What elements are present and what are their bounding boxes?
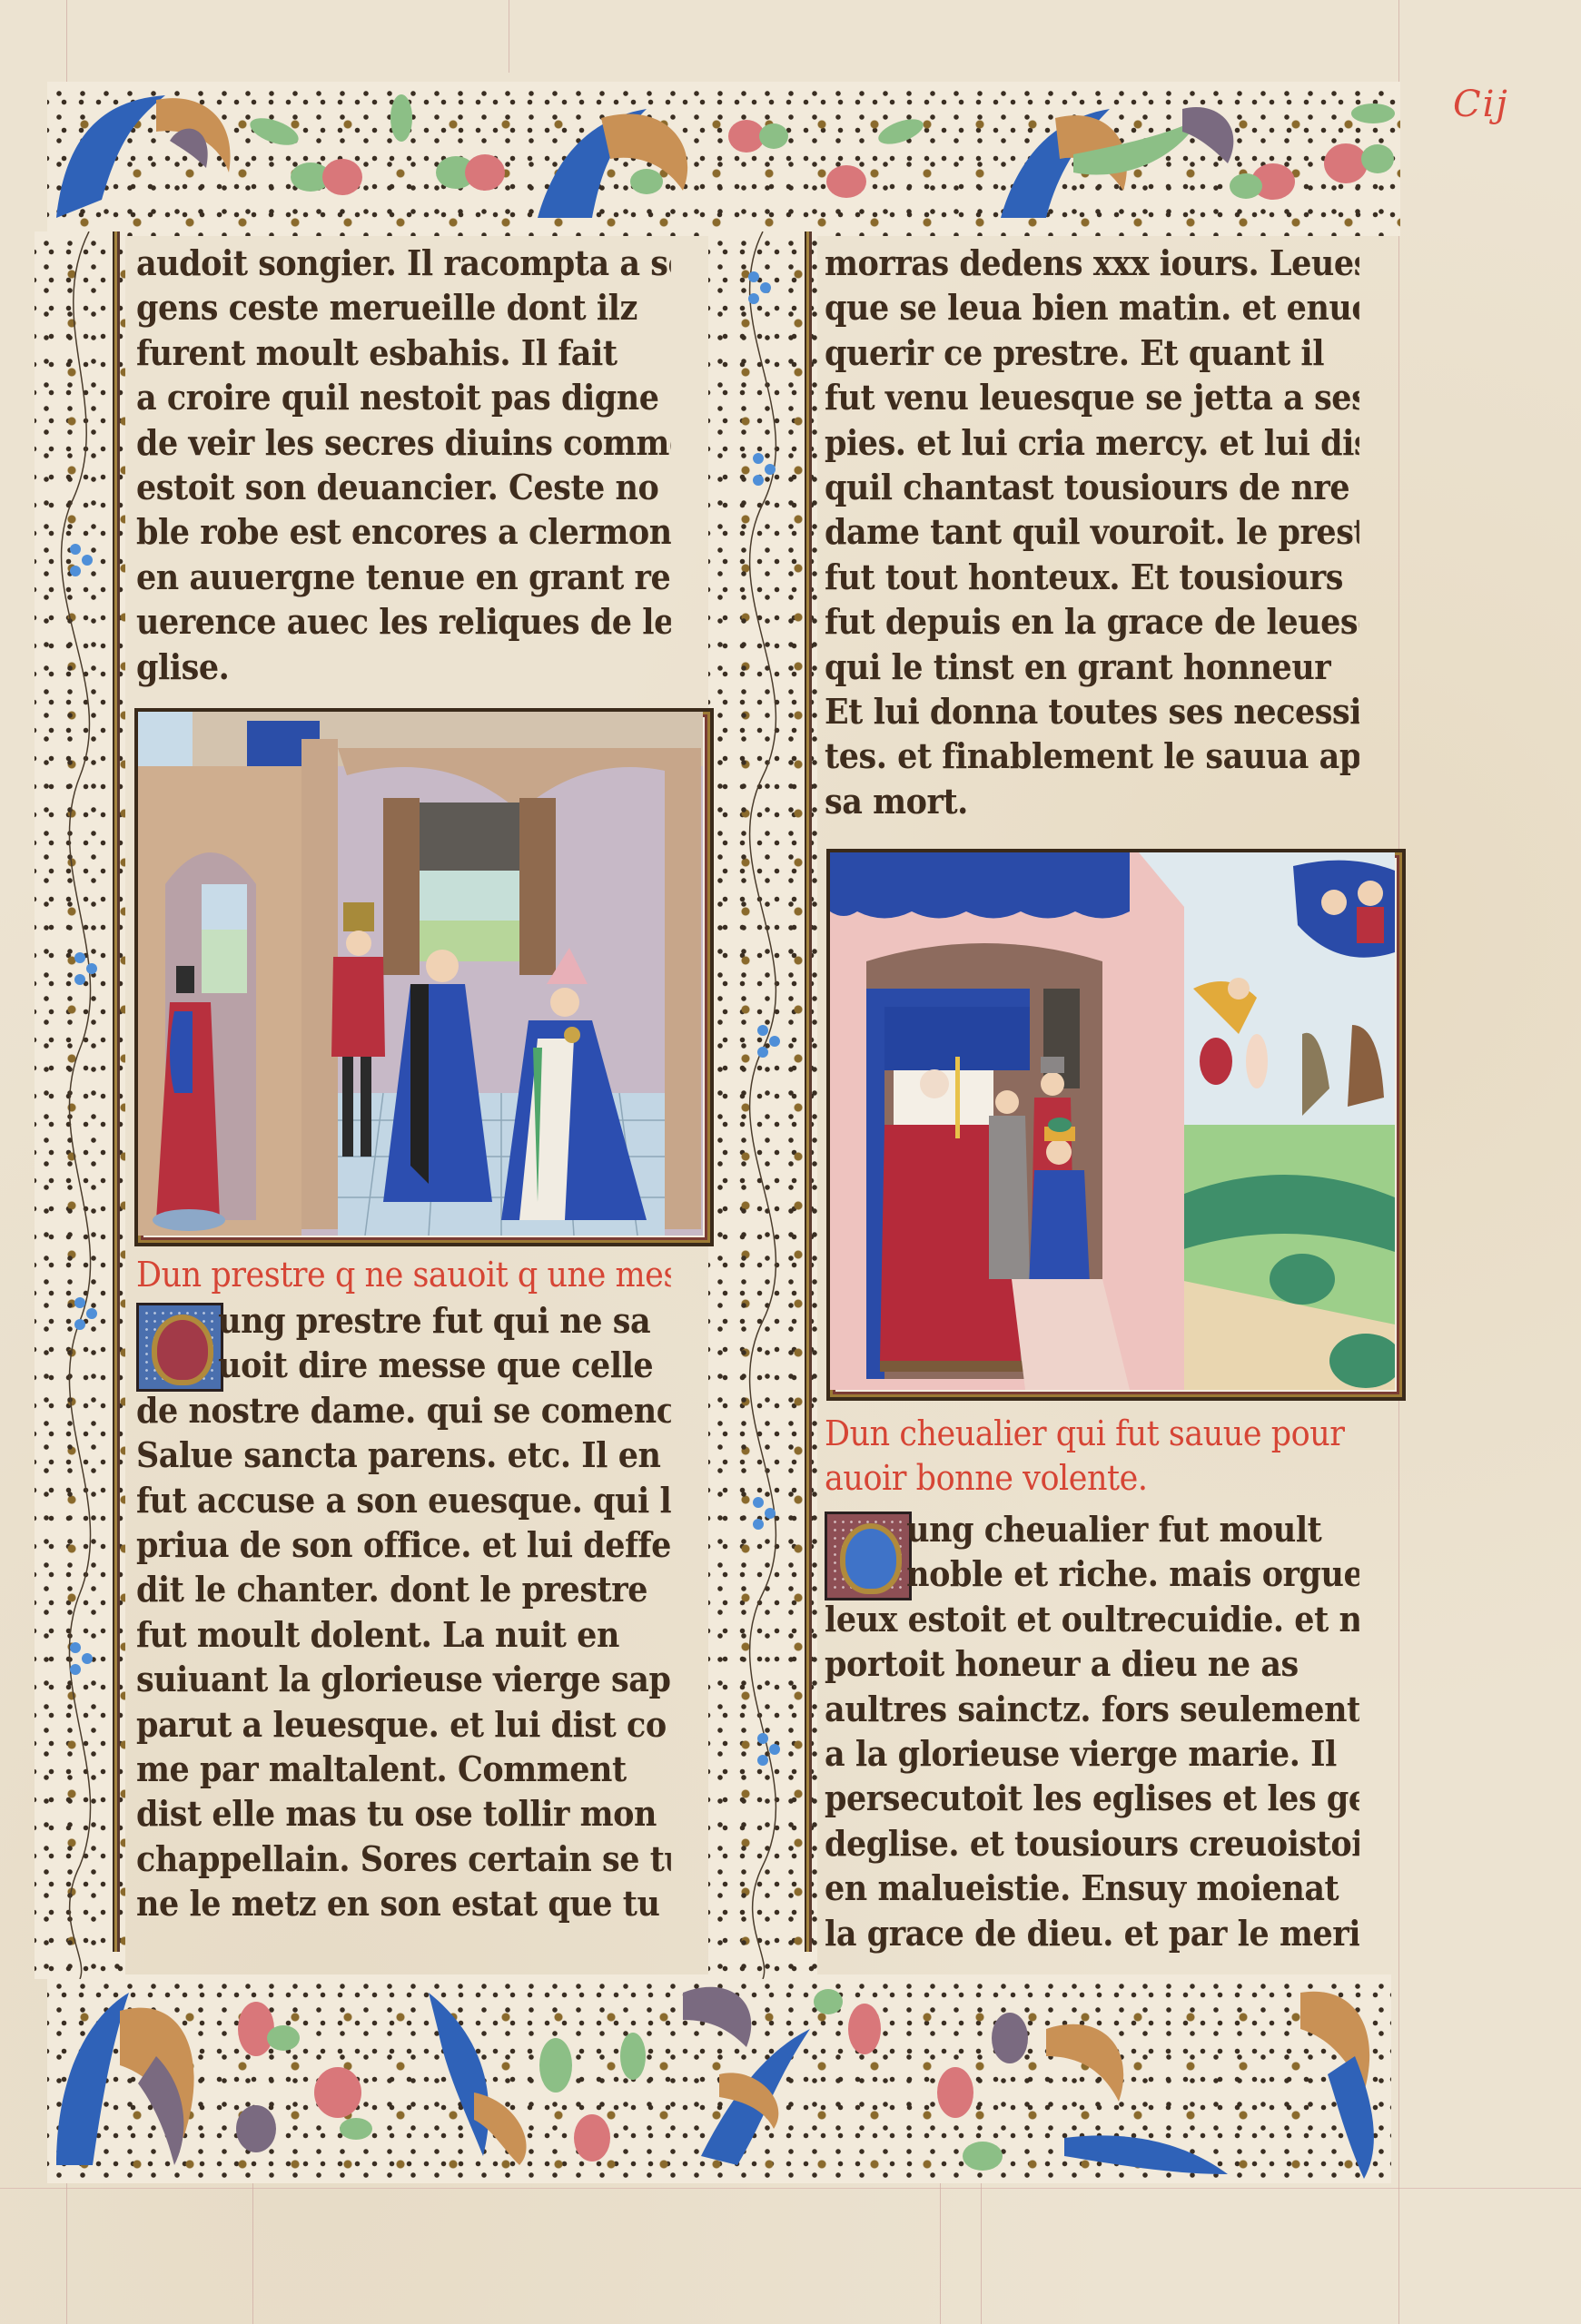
left-column-rule [113,231,120,1952]
text-line: gens ceste merueille dont ilz [136,285,671,330]
text-line: persecutoit les eglises et les gens [825,1776,1359,1820]
text-line: dame tant quil vouroit. le prestre [825,509,1359,554]
text-line: tes. et finablement le sauua apres [825,734,1359,778]
text-line: ble robe est encores a clermont [136,509,671,554]
right-text-column-lower: ung cheualier fut moult noble et riche. … [825,1507,1406,1955]
text-line: deglise. et tousiours creuoistoit [825,1821,1359,1866]
left-border [35,231,125,1979]
text-line: de veir les secres diuins comme [136,420,671,465]
text-line: ne le metz en son estat que tu [136,1881,671,1925]
text-line: ung cheualier fut moult [825,1507,1359,1551]
top-border [47,82,1400,236]
text-line: leux estoit et oultrecuidie. et ne [825,1597,1359,1641]
text-line: a la glorieuse vierge marie. Il [825,1731,1359,1776]
text-line: en malueistie. Ensuy moienat [825,1866,1359,1910]
text-line: Et lui donna toutes ses necessi [825,689,1359,734]
miniature-scene-icon [830,852,1395,1390]
manuscript-page: Cij [0,0,1581,2324]
ruling-line [509,0,509,73]
ruling-line [940,2161,941,2324]
right-column-rule [805,231,812,1952]
bottom-border [47,1974,1391,2183]
text-line: estoit son deuancier. Ceste no [136,465,671,509]
text-line: priua de son office. et lui deffen [136,1522,671,1567]
text-line: Salue sancta parens. etc. Il en [136,1433,671,1477]
rubric-heading: Dun prestre q ne sauoit q une messe [136,1253,671,1297]
text-line: fut venu leuesque se jetta a ses [825,375,1359,419]
text-line: audoit songier. Il racompta a ses [136,241,671,285]
miniature-priest-and-bishop [134,708,714,1246]
miniature-scene-icon [138,712,703,1236]
left-text-column: audoit songier. Il racompta a ses gens c… [136,241,717,689]
text-line: la grace de dieu. et par le merite [825,1911,1359,1955]
underlined-incipit: Salue sancta parens. etc. Il en [136,1433,660,1477]
text-line: pies. et lui cria mercy. et lui dist [825,420,1359,465]
text-line: parut a leuesque. et lui dist co [136,1702,671,1747]
text-line: furent moult esbahis. Il fait [136,330,671,375]
text-line: a croire quil nestoit pas digne [136,375,671,419]
left-text-column-lower: ung prestre fut qui ne sa uoit dire mess… [136,1298,717,1925]
left-rubric-block: Dun prestre q ne sauoit q une messe [136,1253,717,1297]
text-line: aultres sainctz. fors seulement [825,1687,1359,1731]
ruling-line [0,2188,1581,2189]
middle-border [708,231,817,1979]
text-line: chappellain. Sores certain se tu [136,1837,671,1881]
text-line: ung prestre fut qui ne sa [136,1298,671,1343]
text-line: en auuergne tenue en grant re [136,555,671,599]
miniature-dying-knight [826,849,1406,1401]
text-line: fut depuis en la grace de leuesq [825,599,1359,644]
text-line: quil chantast tousiours de nre [825,465,1359,509]
text-line: que se leua bien matin. et enuoya [825,285,1359,330]
text-line: fut accuse a son euesque. qui le [136,1478,671,1522]
text-line: uerence auec les reliques de le [136,599,671,644]
right-text-column: morras dedens xxx iours. Leues que se le… [825,241,1406,823]
rubric-heading: Dun cheualier qui fut sauue pour [825,1412,1359,1456]
text-line: morras dedens xxx iours. Leues [825,241,1359,285]
text-line: de nostre dame. qui se comence [136,1388,671,1433]
text-line: fut moult dolent. La nuit en [136,1612,671,1657]
text-line: uoit dire messe que celle [136,1343,671,1387]
text-line: qui le tinst en grant honneur [825,645,1359,689]
text-line: dit le chanter. dont le prestre [136,1567,671,1611]
text-line: suiuant la glorieuse vierge sap [136,1657,671,1701]
text-line: glise. [136,645,671,689]
text-line: dist elle mas tu ose tollir mon [136,1791,671,1836]
text-line: noble et riche. mais orgueil [825,1551,1359,1596]
rubric-heading: auoir bonne volente. [825,1456,1359,1501]
folio-mark: Cij [1453,84,1509,125]
ruling-line [252,2161,253,2324]
text-line: sa mort. [825,779,1359,823]
text-line: fut tout honteux. Et tousiours [825,555,1359,599]
text-line: me par maltalent. Comment [136,1747,671,1791]
text-line: querir ce prestre. Et quant il [825,330,1359,375]
ruling-line [981,2161,982,2324]
right-rubric-block: Dun cheualier qui fut sauue pour auoir b… [825,1412,1406,1502]
text-line: portoit honeur a dieu ne as [825,1641,1359,1686]
